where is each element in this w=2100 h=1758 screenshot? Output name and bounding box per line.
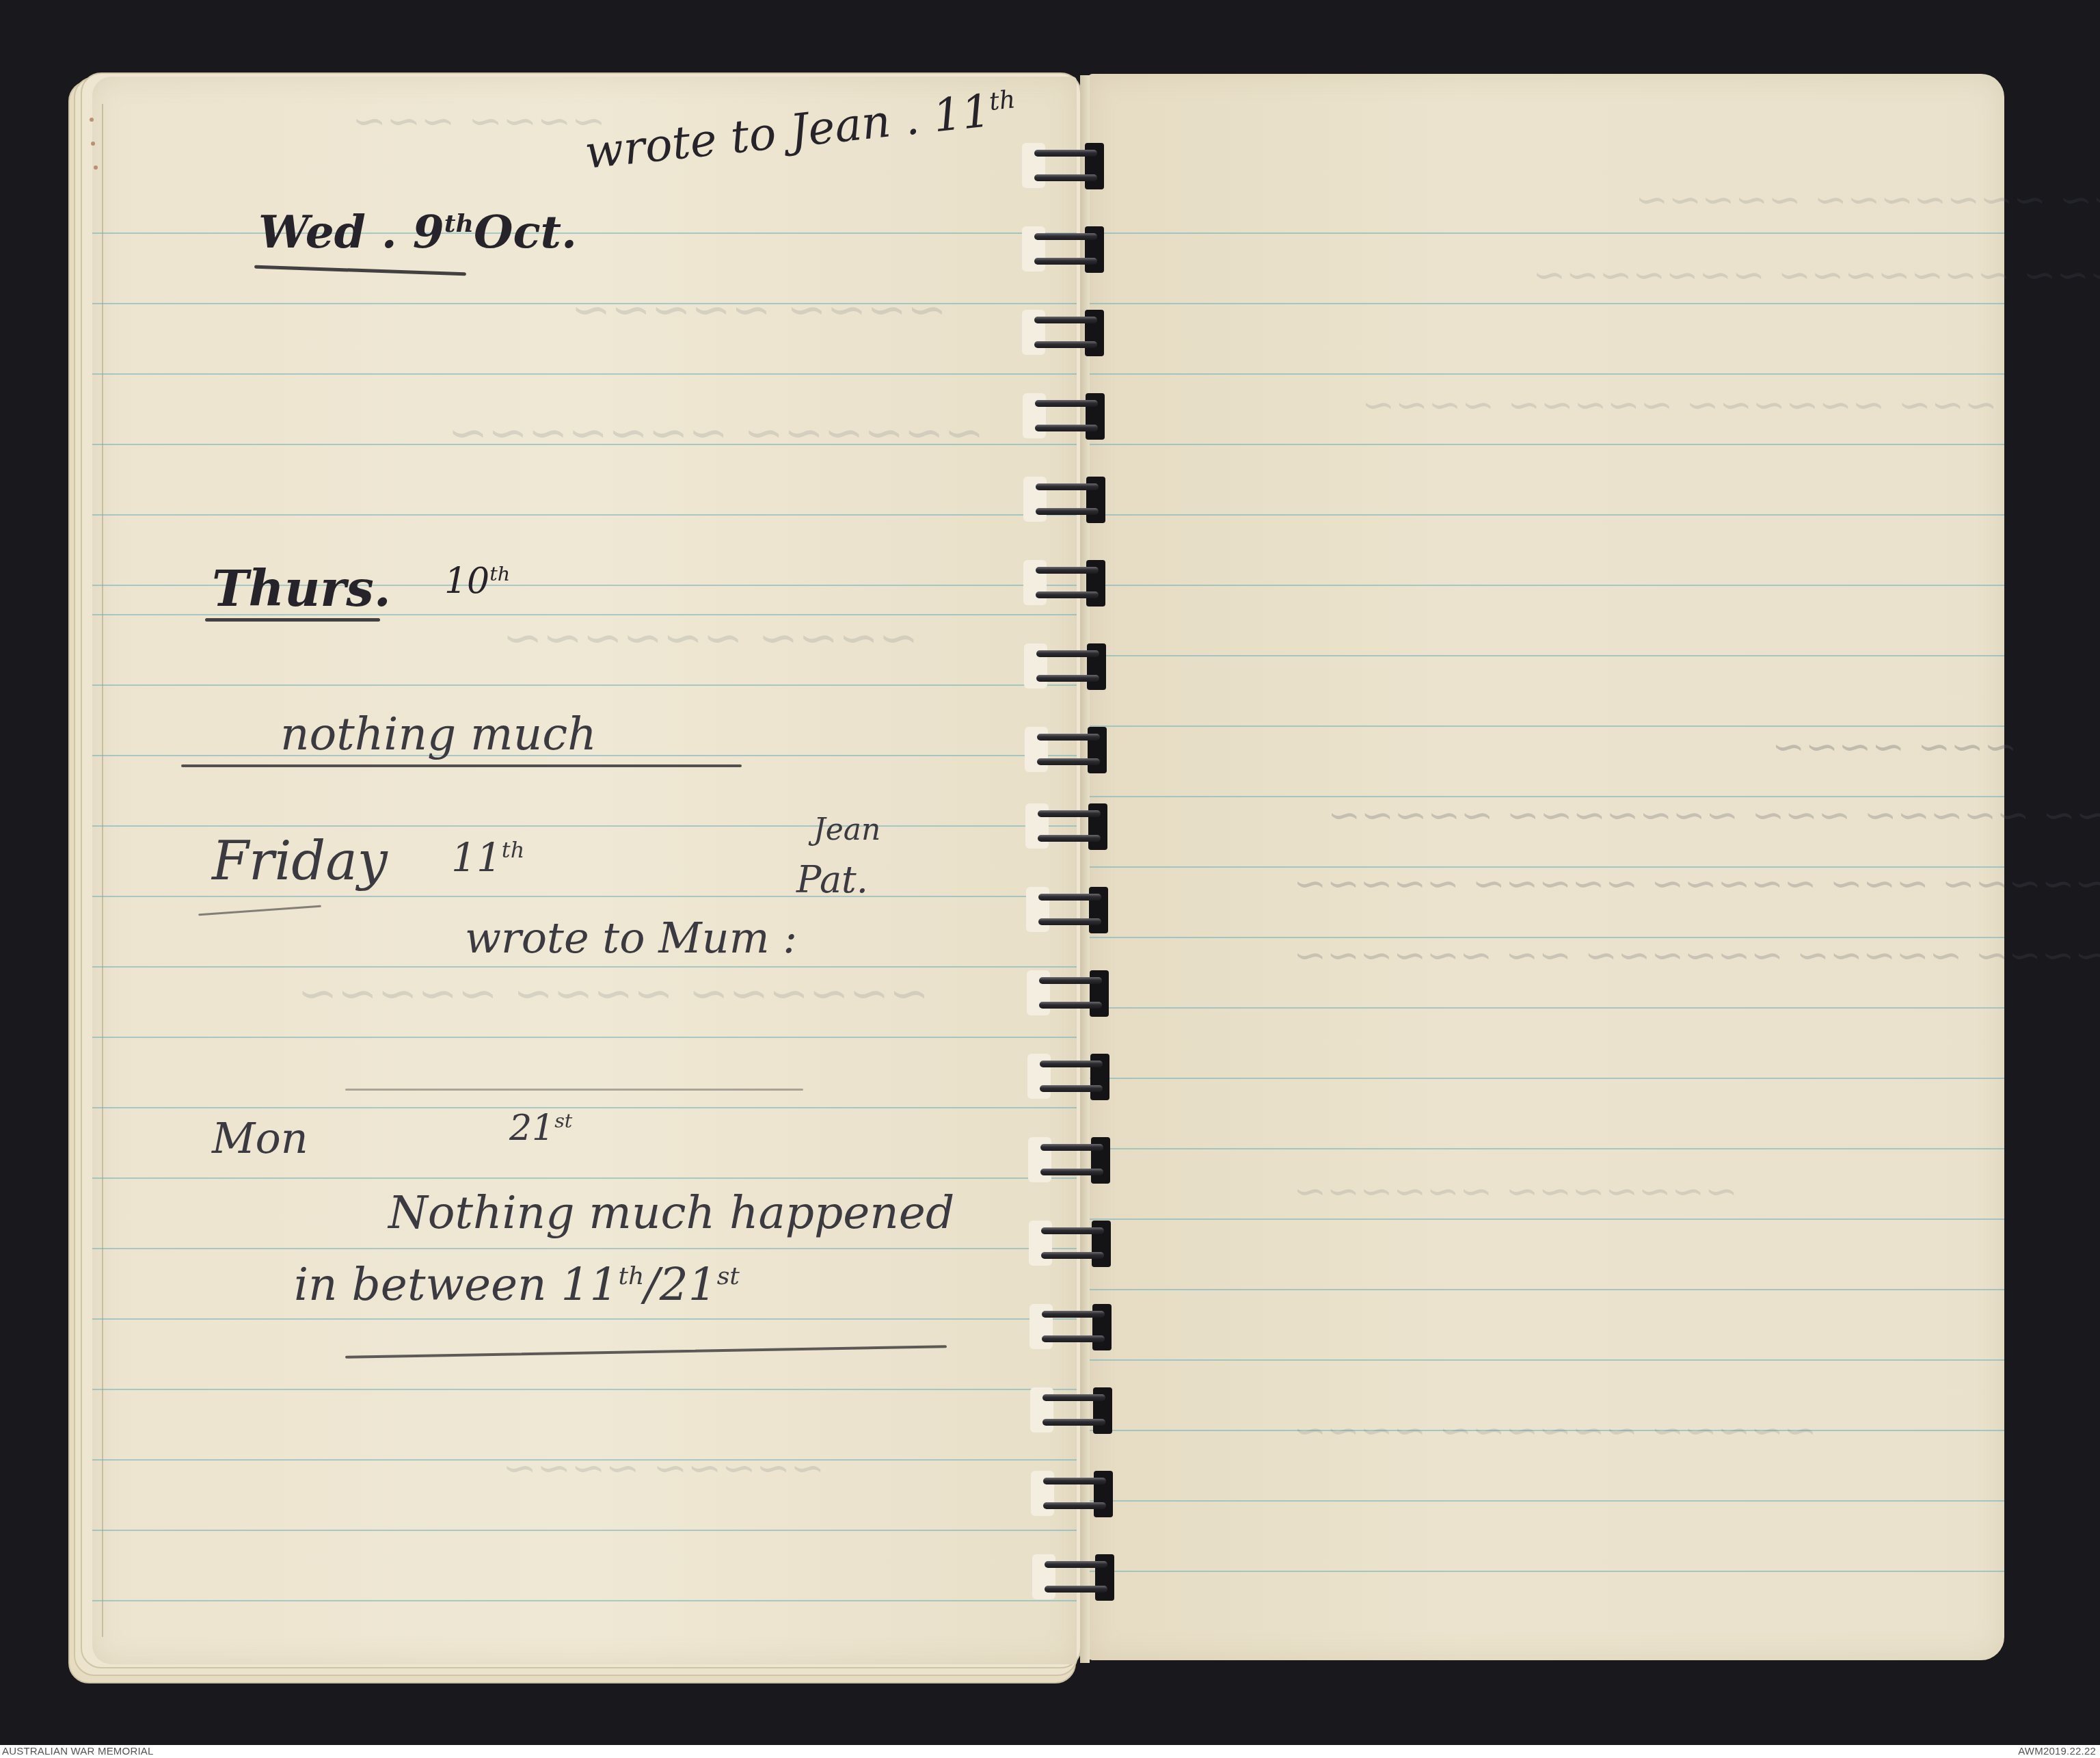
spiral-coil bbox=[1023, 564, 1105, 602]
diary-names-pat: Pat. bbox=[796, 858, 868, 901]
bleed-through-text: ~~~~~~~ ~~~~~~ bbox=[1293, 1168, 1738, 1214]
name-text: Jean bbox=[813, 812, 880, 847]
diary-body-thurs: nothing much bbox=[280, 708, 597, 760]
body-text: nothing much bbox=[280, 708, 597, 760]
separator: / bbox=[644, 1258, 659, 1311]
diary-body-mon-line2: in between 11th/21st bbox=[294, 1258, 740, 1311]
bleed-through-text: ~~~ ~~~~~~ ~~~~~ ~~~~ bbox=[1362, 382, 1997, 428]
bleed-through-text: ~~~ ~~~~~~~ ~~~~~~~ bbox=[1533, 252, 2100, 298]
spiral-coil bbox=[1027, 1058, 1109, 1096]
spiral-coil bbox=[1031, 1475, 1113, 1513]
diary-heading-friday: Friday bbox=[212, 831, 388, 892]
foxing-spot bbox=[94, 165, 98, 170]
spiral-coil bbox=[1029, 1225, 1111, 1263]
body-text: Nothing much happened bbox=[388, 1186, 954, 1239]
heading-text: Friday bbox=[212, 831, 388, 892]
bleed-through-text: ~~~~~~ ~~~~ ~~~~~ bbox=[297, 965, 929, 1022]
bleed-through-text: ~~~ ~~~~~ ~~~ ~~~~~~~ ~~~~~ bbox=[1328, 792, 2100, 838]
diary-body-mon-line1: Nothing much happened bbox=[388, 1186, 954, 1239]
ordinal-suffix: th bbox=[444, 209, 474, 238]
bleed-through-text: ~~~~~~ ~~~~~~~ ~~~~~ bbox=[1635, 176, 2100, 223]
spiral-coil bbox=[1022, 314, 1104, 352]
date-number: 11 bbox=[451, 834, 502, 881]
diary-heading-wed: Wed . 9thOct. bbox=[258, 205, 577, 258]
diary-date-friday: 11th bbox=[451, 834, 524, 881]
spiral-coil bbox=[1027, 974, 1109, 1013]
diary-date-mon: 21st bbox=[509, 1108, 572, 1149]
ordinal-suffix: th bbox=[489, 562, 510, 585]
diary-body-friday: wrote to Mum : bbox=[465, 913, 797, 963]
ordinal-suffix: st bbox=[554, 1109, 572, 1132]
heading-text: Wed . 9 bbox=[258, 205, 444, 258]
spiral-coil bbox=[1030, 1391, 1112, 1430]
spiral-coil bbox=[1022, 230, 1104, 269]
foxing-spot bbox=[90, 118, 94, 122]
page-edge-line bbox=[102, 104, 103, 1637]
spiral-coil bbox=[1023, 481, 1105, 519]
ordinal-suffix: th bbox=[619, 1261, 645, 1290]
bleed-through-text: ~~~~ ~~~~~ bbox=[571, 282, 947, 338]
ordinal-suffix: st bbox=[717, 1261, 740, 1290]
spiral-coil bbox=[1025, 731, 1107, 769]
foxing-spot bbox=[91, 142, 95, 146]
spiral-coil bbox=[1023, 397, 1105, 436]
underline-stroke bbox=[205, 618, 380, 622]
ordinal-suffix: th bbox=[502, 837, 524, 863]
scan-background: ~~~~ ~~~ ~~~~ ~~~~~ ~~~~~~ ~~~~~~~ ~~~~ … bbox=[0, 0, 2100, 1745]
diary-heading-mon: Mon bbox=[212, 1113, 308, 1163]
bleed-through-text: ~~~~~~ ~~~~~~~ bbox=[448, 405, 984, 461]
heading-text: Thurs. bbox=[212, 559, 391, 617]
institution-label: AUSTRALIAN WAR MEMORIAL bbox=[2, 1746, 154, 1757]
spiral-coil bbox=[1026, 891, 1108, 929]
bleed-through-text: ~~~~ ~~~~~~ bbox=[502, 610, 919, 666]
spiral-coil bbox=[1025, 808, 1107, 846]
spiral-coil bbox=[1029, 1308, 1112, 1346]
body-text: wrote to Mum : bbox=[465, 913, 797, 963]
spiral-coil bbox=[1028, 1141, 1110, 1180]
name-text: Pat. bbox=[796, 858, 868, 901]
spiral-coil bbox=[1022, 147, 1104, 185]
month-text: Oct. bbox=[474, 205, 577, 258]
diary-date-thurs: 10th bbox=[444, 561, 510, 602]
body-text: in between 11 bbox=[294, 1258, 619, 1311]
diary-heading-thurs: Thurs. bbox=[212, 559, 391, 617]
ordinal-suffix: th bbox=[988, 84, 1017, 116]
bleed-through-text: ~~~ ~~~~ bbox=[1772, 723, 2017, 770]
date-number: 21 bbox=[660, 1258, 717, 1311]
right-page: ~~~~~~ ~~~~~~~ ~~~~~ ~~~ ~~~~~~~ ~~~~~~~… bbox=[1088, 74, 2004, 1660]
entry-separator bbox=[345, 1089, 803, 1091]
bleed-through-text: ~~~~~ ~~~~~~ ~~~~ bbox=[1293, 1407, 1817, 1454]
spiral-coil bbox=[1032, 1558, 1114, 1597]
archive-footer: AUSTRALIAN WAR MEMORIAL AWM2019.22.22 bbox=[0, 1745, 2100, 1758]
bleed-through-text: ~~~~~ ~~~~~ ~~~~~~ ~~ ~~~~~~ bbox=[1293, 932, 2100, 978]
date-number: 21 bbox=[509, 1108, 554, 1149]
heading-text: Mon bbox=[212, 1113, 308, 1163]
bleed-through-text: ~~~~~ ~~~~ bbox=[502, 1444, 825, 1492]
bleed-through-text: ~~~~~~ ~~~ ~~~~~ ~~~~~ ~~~~~ bbox=[1293, 860, 2100, 907]
accession-number: AWM2019.22.22 bbox=[2018, 1746, 2096, 1757]
bleed-through-text: ~~~~ ~~~ bbox=[352, 97, 606, 145]
entry-separator bbox=[181, 764, 742, 767]
spiral-coil bbox=[1024, 648, 1106, 686]
date-number: 10 bbox=[444, 561, 489, 602]
diary-names-jean: Jean bbox=[813, 812, 880, 847]
